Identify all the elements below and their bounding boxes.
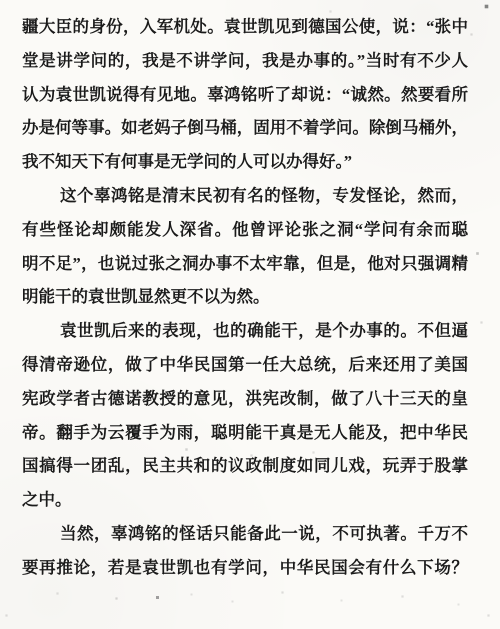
text-line: 我不知天下有何事是无学问的人可以办得好。” [22, 145, 468, 179]
text-line: 认为袁世凯说得有见地。辜鸿铭听了却说：“诚然。然要看所 [22, 78, 468, 112]
text-line: 之中。 [22, 483, 468, 517]
text-line: 疆大臣的身份，入军机处。袁世凯见到德国公使，说：“张中 [22, 10, 468, 44]
scan-noise-speckles [0, 0, 1, 1]
body-text-block: 疆大臣的身份，入军机处。袁世凯见到德国公使，说：“张中 堂是讲学问的，我是不讲学… [22, 10, 468, 585]
text-line: 要再推论，若是袁世凯也有学问，中华民国会有什么下场？ [22, 551, 468, 585]
scanned-book-page: 疆大臣的身份，入军机处。袁世凯见到德国公使，说：“张中 堂是讲学问的，我是不讲学… [0, 0, 500, 629]
text-line: 办是何等事。如老妈子倒马桶，固用不着学问。除倒马桶外， [22, 111, 468, 145]
text-line: 这个辜鸿铭是清末民初有名的怪物，专发怪论，然而， [22, 179, 468, 213]
text-line: 国搞得一团乱，民主共和的议政制度如同儿戏，玩弄于股掌 [22, 449, 468, 483]
text-line: 有些怪论却颇能发人深省。他曾评论张之洞“学问有余而聪 [22, 213, 468, 247]
text-line: 当然，辜鸿铭的怪话只能备此一说，不可执著。千万不 [22, 517, 468, 551]
text-line: 明不足”，也说过张之洞办事不太牢靠，但是，他对只强调精 [22, 247, 468, 281]
text-line: 帝。翻手为云覆手为雨，聪明能干真是无人能及，把中华民 [22, 416, 468, 450]
text-line: 明能干的袁世凯显然更不以为然。 [22, 280, 468, 314]
text-line: 袁世凯后来的表现，也的确能干，是个办事的。不但逼 [22, 314, 468, 348]
text-line: 得清帝逊位，做了中华民国第一任大总统，后来还用了美国 [22, 348, 468, 382]
text-line: 宪政学者古德诺教授的意见，洪宪改制，做了八十三天的皇 [22, 382, 468, 416]
text-line: 堂是讲学问的，我是不讲学问，我是办事的。”当时有不少人 [22, 44, 468, 78]
